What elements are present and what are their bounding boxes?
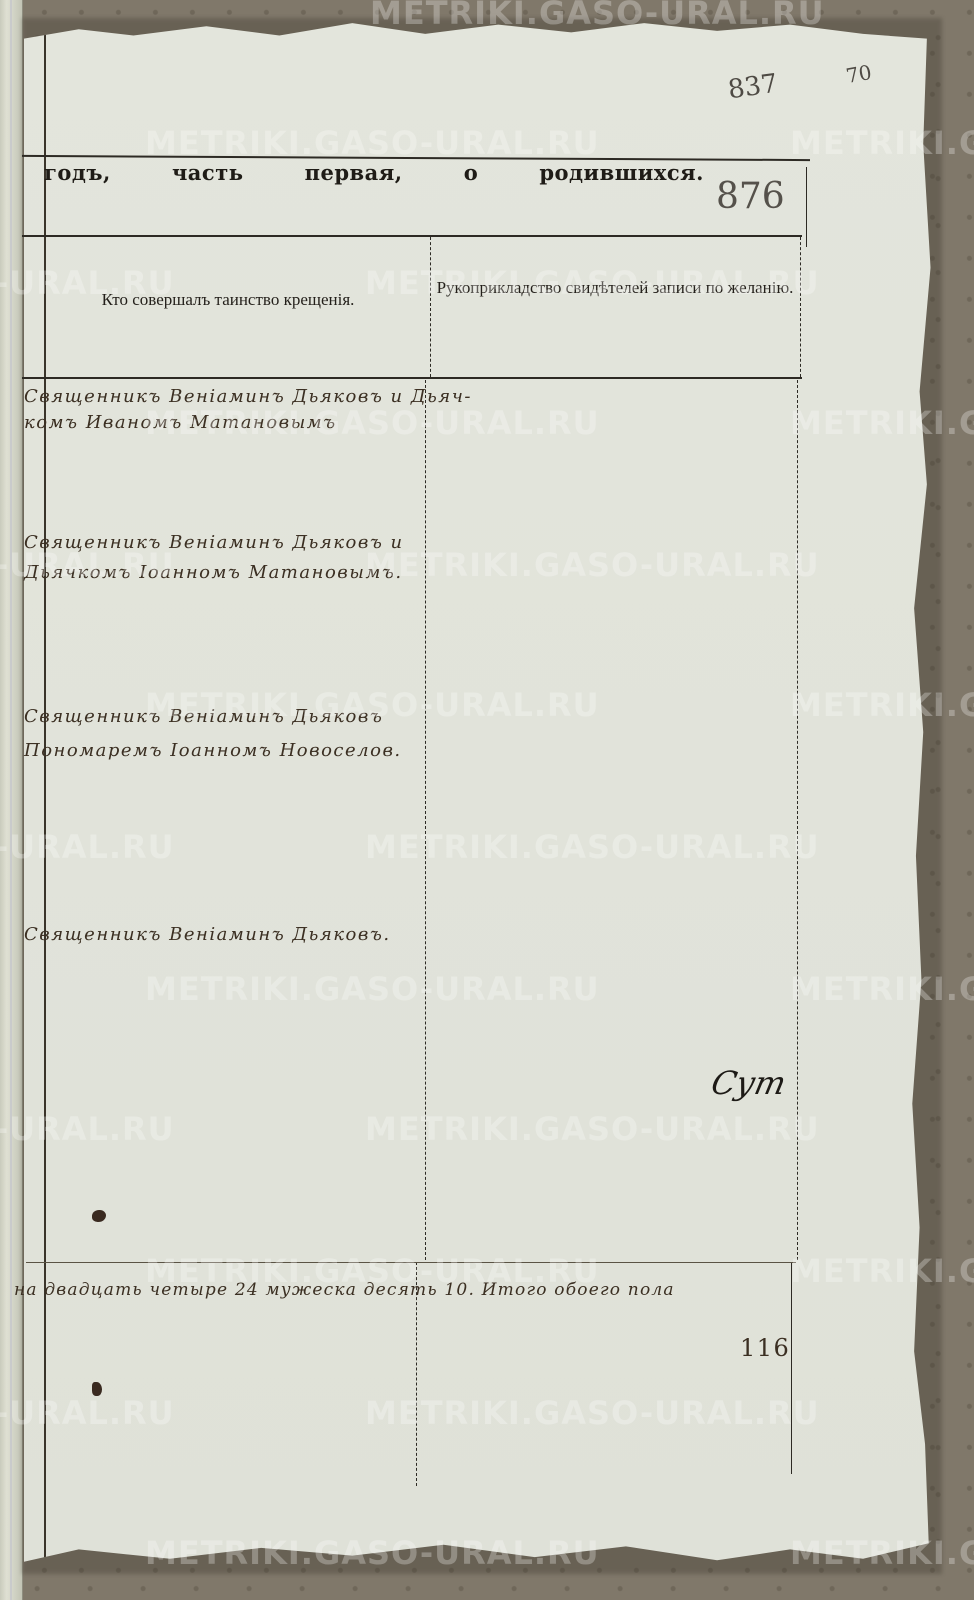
column-header-bottom-rule — [22, 377, 802, 379]
entry-1-line-1: Священникъ Веніаминъ Дьяковъ и Дьяч- — [24, 386, 472, 407]
right-border-lower — [791, 1262, 792, 1474]
entry-2-line-2: Дьячкомъ Іоанномъ Матановымъ. — [24, 562, 403, 583]
title-word: первая, — [305, 160, 403, 185]
witness-signature: Сут — [708, 1064, 789, 1102]
title-word: родившихся. — [539, 160, 704, 185]
entry-3-line-1: Священникъ Веніаминъ Дьяковъ — [24, 706, 383, 727]
right-border — [797, 380, 798, 1260]
pencil-page-number-alt: 70 — [844, 60, 873, 88]
ink-blot — [92, 1382, 102, 1396]
column-header-witness-signatures: Рукоприкладство свидѣтелей записи по жел… — [436, 276, 794, 300]
title-word: годъ, — [44, 160, 111, 185]
entry-1-line-2: комъ Иваномъ Матановымъ — [24, 412, 337, 433]
column-header-top-rule — [22, 235, 802, 237]
entry-2-line-1: Священникъ Веніаминъ Дьяковъ и — [24, 532, 404, 553]
page-left-rule — [44, 20, 46, 1568]
title-word: часть — [172, 160, 244, 185]
bottom-note: 116 — [740, 1334, 790, 1362]
summary-line: на двадцать четыре 24 мужеска десять 10.… — [14, 1280, 675, 1300]
right-border-header — [800, 237, 801, 377]
summary-rule — [26, 1262, 796, 1263]
column-header-baptism-officiant: Кто совершалъ таинство крещенія. — [30, 288, 426, 312]
title-word: о — [464, 160, 479, 185]
binding-line — [10, 0, 12, 1600]
entry-4-line-1: Священникъ Веніаминъ Дьяковъ. — [24, 924, 391, 945]
column-divider — [425, 380, 426, 1260]
header-right-rule — [806, 167, 807, 247]
header-page-number: 876 — [716, 176, 785, 217]
entry-3-line-2: Пономаремъ Іоанномъ Новоселов. — [24, 740, 402, 761]
book-binding — [0, 0, 23, 1600]
page-title: годъ, часть первая, о родившихся. — [44, 160, 704, 185]
column-divider-header — [430, 237, 431, 377]
